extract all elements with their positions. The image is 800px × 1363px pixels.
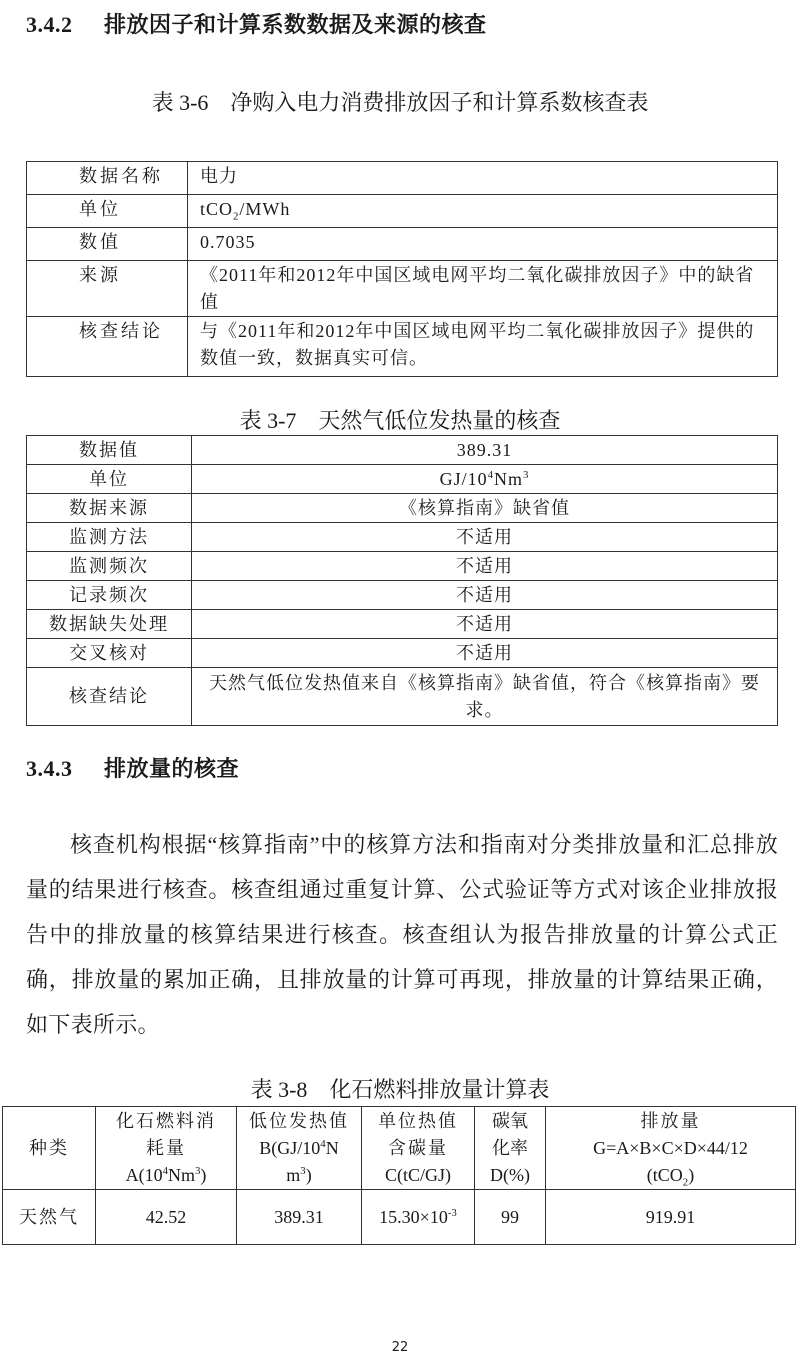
header-line: C(tC/GJ) <box>362 1162 474 1189</box>
row-key: 数值 <box>27 228 188 261</box>
unit-text: tCO <box>200 199 233 219</box>
caption-number: 表 3-8 <box>251 1077 308 1102</box>
table-caption-3-7: 表 3-7天然气低位发热量的核查 <box>0 404 800 435</box>
table-caption-3-8: 表 3-8化石燃料排放量计算表 <box>0 1073 800 1104</box>
row-key: 数据名称 <box>27 162 188 195</box>
header-carbon-content: 单位热值 含碳量 C(tC/GJ) <box>362 1107 475 1190</box>
table-caption-3-6: 表 3-6净购入电力消费排放因子和计算系数核查表 <box>0 86 800 117</box>
table-3-6: 数据名称 电力 单位 tCO2/MWh 数值 0.7035 来源 《2011年和… <box>26 161 778 377</box>
unit-superscript: 3 <box>523 469 529 481</box>
header-text: m <box>286 1165 300 1185</box>
section-number: 3.4.3 <box>26 756 104 782</box>
row-value: 不适用 <box>192 581 778 610</box>
row-value: 389.31 <box>192 436 778 465</box>
cell-text: 15.30×10 <box>379 1207 448 1227</box>
header-emissions: 排放量 G=A×B×C×D×44/12 (tCO2) <box>546 1107 796 1190</box>
header-text: A(10 <box>126 1165 163 1185</box>
unit-text: /MWh <box>239 199 290 219</box>
header-text: ) <box>306 1165 312 1185</box>
header-line: 化石燃料消 <box>96 1108 236 1135</box>
table-row: 数据来源 《核算指南》缺省值 <box>27 494 778 523</box>
cell-carbon-content: 15.30×10-3 <box>362 1190 475 1245</box>
body-paragraph: 核查机构根据“核算指南”中的核算方法和指南对分类排放量和汇总排放量的结果进行核查… <box>26 822 778 1047</box>
caption-number: 表 3-7 <box>240 408 297 433</box>
header-calorific-value: 低位发热值 B(GJ/104N m3) <box>237 1107 362 1190</box>
header-type: 种类 <box>3 1107 96 1190</box>
section-heading-3-4-2: 3.4.2排放因子和计算系数数据及来源的核查 <box>26 8 487 39</box>
row-key: 核查结论 <box>27 668 192 726</box>
section-title: 排放量的核查 <box>104 756 239 781</box>
row-key: 单位 <box>27 195 188 228</box>
header-line: G=A×B×C×D×44/12 <box>546 1135 795 1162</box>
row-value: 0.7035 <box>188 228 778 261</box>
table-row: 来源 《2011年和2012年中国区域电网平均二氧化碳排放因子》中的缺省值 <box>27 261 778 317</box>
header-consumption: 化石燃料消 耗量 A(104Nm3) <box>96 1107 237 1190</box>
row-value: 不适用 <box>192 639 778 668</box>
cell-superscript: -3 <box>448 1207 457 1219</box>
row-value: 天然气低位发热值来自《核算指南》缺省值，符合《核算指南》要求。 <box>192 668 778 726</box>
table-row: 单位 tCO2/MWh <box>27 195 778 228</box>
header-line: 化率 <box>475 1135 545 1162</box>
row-value: 与《2011年和2012年中国区域电网平均二氧化碳排放因子》提供的数值一致，数据… <box>188 317 778 377</box>
header-text: (tCO <box>647 1165 683 1185</box>
row-key: 来源 <box>27 261 188 317</box>
cell-type: 天然气 <box>3 1190 96 1245</box>
header-line: 耗量 <box>96 1135 236 1162</box>
row-key: 数据缺失处理 <box>27 610 192 639</box>
header-text: Nm <box>168 1165 195 1185</box>
header-text: B(GJ/10 <box>259 1138 320 1158</box>
row-key: 监测频次 <box>27 552 192 581</box>
table-row: 单位 GJ/104Nm3 <box>27 465 778 494</box>
table-row: 监测频次 不适用 <box>27 552 778 581</box>
header-line: B(GJ/104N <box>237 1135 361 1162</box>
row-key: 交叉核对 <box>27 639 192 668</box>
table-row: 记录频次 不适用 <box>27 581 778 610</box>
header-line: 单位热值 <box>362 1108 474 1135</box>
row-value: 《2011年和2012年中国区域电网平均二氧化碳排放因子》中的缺省值 <box>188 261 778 317</box>
table-row: 交叉核对 不适用 <box>27 639 778 668</box>
caption-title: 化石燃料排放量计算表 <box>329 1077 549 1102</box>
row-value: 不适用 <box>192 610 778 639</box>
row-key: 记录频次 <box>27 581 192 610</box>
row-key: 监测方法 <box>27 523 192 552</box>
row-value: GJ/104Nm3 <box>192 465 778 494</box>
table-3-7: 数据值 389.31 单位 GJ/104Nm3 数据来源 《核算指南》缺省值 监… <box>26 435 778 726</box>
table-row: 数值 0.7035 <box>27 228 778 261</box>
header-line: 排放量 <box>546 1108 795 1135</box>
header-line: 含碳量 <box>362 1135 474 1162</box>
section-title: 排放因子和计算系数数据及来源的核查 <box>104 12 487 37</box>
caption-title: 天然气低位发热量的核查 <box>318 408 560 433</box>
row-key: 数据来源 <box>27 494 192 523</box>
table-row: 数据值 389.31 <box>27 436 778 465</box>
row-key: 核查结论 <box>27 317 188 377</box>
row-value: 《核算指南》缺省值 <box>192 494 778 523</box>
paragraph-text: 核查机构根据“核算指南”中的核算方法和指南对分类排放量和汇总排放量的结果进行核查… <box>26 822 778 1047</box>
table-row: 数据名称 电力 <box>27 162 778 195</box>
row-value: tCO2/MWh <box>188 195 778 228</box>
row-value: 不适用 <box>192 552 778 581</box>
table-row: 核查结论 与《2011年和2012年中国区域电网平均二氧化碳排放因子》提供的数值… <box>27 317 778 377</box>
table-row: 天然气 42.52 389.31 15.30×10-3 99 919.91 <box>3 1190 796 1245</box>
unit-text: Nm <box>494 469 523 489</box>
table-row: 数据缺失处理 不适用 <box>27 610 778 639</box>
header-line: 碳氧 <box>475 1108 545 1135</box>
header-line: A(104Nm3) <box>96 1162 236 1189</box>
row-value: 不适用 <box>192 523 778 552</box>
header-oxidation-rate: 碳氧 化率 D(%) <box>475 1107 546 1190</box>
header-text: ) <box>688 1165 694 1185</box>
row-key: 数据值 <box>27 436 192 465</box>
row-value: 电力 <box>188 162 778 195</box>
header-line: D(%) <box>475 1162 545 1189</box>
table-3-8: 种类 化石燃料消 耗量 A(104Nm3) 低位发热值 B(GJ/104N m3… <box>2 1106 796 1245</box>
table-row: 核查结论 天然气低位发热值来自《核算指南》缺省值，符合《核算指南》要求。 <box>27 668 778 726</box>
section-heading-3-4-3: 3.4.3排放量的核查 <box>26 752 239 783</box>
cell-oxidation-rate: 99 <box>475 1190 546 1245</box>
row-key: 单位 <box>27 465 192 494</box>
cell-consumption: 42.52 <box>96 1190 237 1245</box>
header-text: ) <box>200 1165 206 1185</box>
caption-title: 净购入电力消费排放因子和计算系数核查表 <box>230 90 648 115</box>
cell-calorific-value: 389.31 <box>237 1190 362 1245</box>
table-header-row: 种类 化石燃料消 耗量 A(104Nm3) 低位发热值 B(GJ/104N m3… <box>3 1107 796 1190</box>
unit-text: GJ/10 <box>440 469 488 489</box>
section-number: 3.4.2 <box>26 12 104 38</box>
table-row: 监测方法 不适用 <box>27 523 778 552</box>
caption-number: 表 3-6 <box>152 90 209 115</box>
page-number: 22 <box>0 1340 800 1355</box>
cell-emissions: 919.91 <box>546 1190 796 1245</box>
header-line: (tCO2) <box>546 1162 795 1189</box>
header-line: m3) <box>237 1162 361 1189</box>
header-text: N <box>326 1138 339 1158</box>
header-line: 低位发热值 <box>237 1108 361 1135</box>
